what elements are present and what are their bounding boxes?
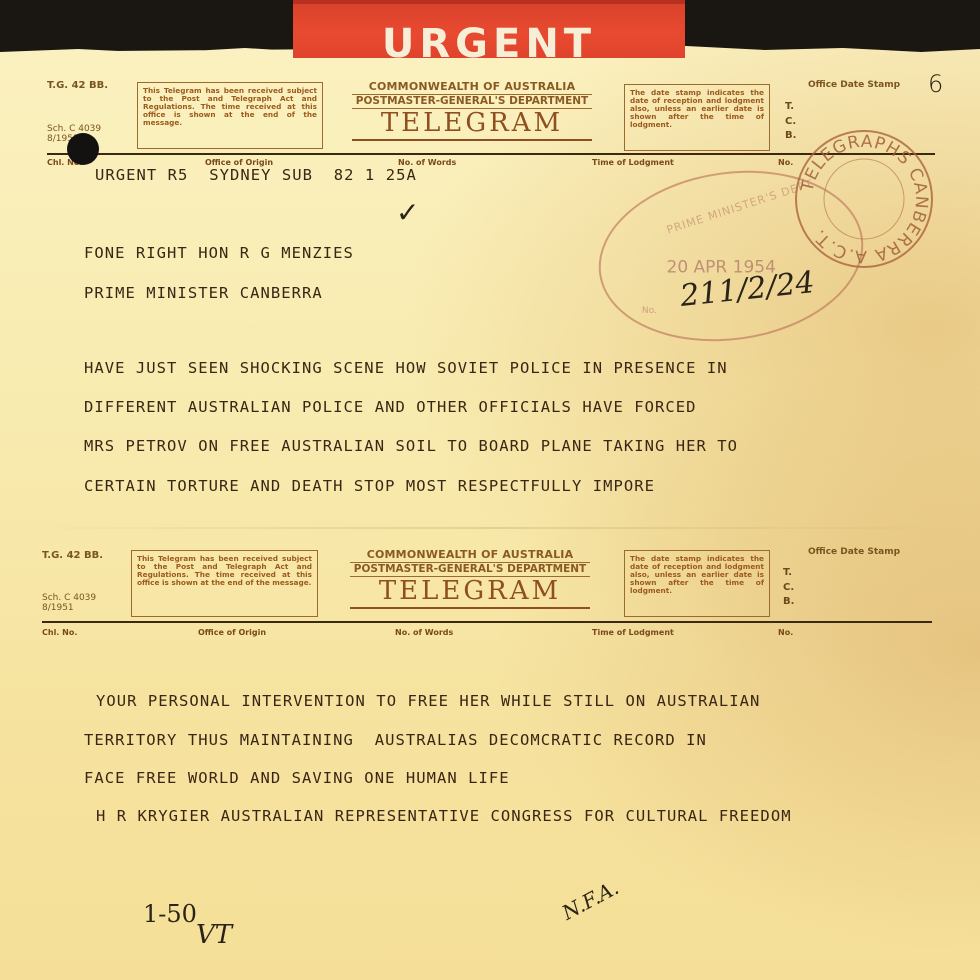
stamp-ring-text: TELEGRAPHS CANBERRA A.C.T.	[797, 132, 931, 266]
date-stamp-note-box: The date stamp indicates the date of rec…	[624, 84, 770, 151]
date-stamp-note-box: The date stamp indicates the date of rec…	[624, 550, 770, 617]
address-line-1: FONE RIGHT HON R G MENZIES	[84, 244, 354, 262]
title-telegram: TELEGRAM	[352, 109, 592, 141]
receipt-note-box: This Telegram has been received subject …	[131, 550, 318, 617]
body2-line-2: TERRITORY THUS MAINTAINING AUSTRALIAS DE…	[84, 731, 707, 749]
time-of-lodgment-label: Time of Lodgment	[592, 628, 674, 637]
chl-no-label: Chl. No.	[42, 628, 77, 637]
office-of-origin-label: Office of Origin	[198, 628, 266, 637]
body2-line-1: YOUR PERSONAL INTERVENTION TO FREE HER W…	[96, 692, 760, 710]
routing-line: URGENT R5 SYDNEY SUB 82 1 25A	[95, 166, 417, 184]
form-code: T.G. 42 BB.	[42, 550, 103, 561]
tcb-labels: T. C. B.	[785, 100, 796, 144]
tcb-t: T.	[785, 100, 796, 115]
tcb-b: B.	[785, 129, 796, 144]
signature-line: H R KRYGIER AUSTRALIAN REPRESENTATIVE CO…	[96, 807, 792, 825]
tcb-labels: T. C. B.	[783, 566, 794, 610]
page-join-line	[0, 527, 980, 529]
address-line-2: PRIME MINISTER CANBERRA	[84, 284, 323, 302]
tcb-c: C.	[783, 581, 794, 596]
body-line-2: DIFFERENT AUSTRALIAN POLICE AND OTHER OF…	[84, 398, 697, 416]
svg-text:TELEGRAPHS CANBERRA A.C.T.: TELEGRAPHS CANBERRA A.C.T.	[797, 132, 931, 266]
body-line-1: HAVE JUST SEEN SHOCKING SCENE HOW SOVIET…	[84, 359, 728, 377]
tcb-t: T.	[783, 566, 794, 581]
header-rule	[42, 621, 932, 623]
body-line-4: CERTAIN TORTURE AND DEATH STOP MOST RESP…	[84, 477, 655, 495]
title-department: POSTMASTER-GENERAL'S DEPARTMENT	[352, 94, 592, 109]
title-telegram: TELEGRAM	[350, 577, 590, 609]
title-block: COMMONWEALTH OF AUSTRALIA POSTMASTER-GEN…	[350, 548, 590, 609]
telegram-header-2: T.G. 42 BB. Sch. C 4039 8/1951 This Tele…	[0, 540, 980, 650]
office-date-stamp-label: Office Date Stamp	[808, 81, 900, 91]
telegraphs-canberra-stamp: TELEGRAPHS CANBERRA A.C.T.	[795, 130, 933, 268]
schedule-date: 8/1951	[42, 604, 74, 614]
oval-stamp-no-label: No.	[642, 306, 657, 316]
no-label: No.	[778, 628, 793, 637]
receipt-note-box: This Telegram has been received subject …	[137, 82, 323, 149]
title-commonwealth: COMMONWEALTH OF AUSTRALIA	[350, 548, 590, 561]
checkmark-handwritten: ✓	[396, 196, 419, 229]
body-line-3: MRS PETROV ON FREE AUSTRALIAN SOIL TO BO…	[84, 437, 738, 455]
tcb-c: C.	[785, 115, 796, 130]
page-number-handwritten: 6	[928, 70, 943, 98]
no-of-words-label: No. of Words	[395, 628, 453, 637]
title-department: POSTMASTER-GENERAL'S DEPARTMENT	[350, 562, 590, 577]
no-label: No.	[778, 158, 793, 167]
ring-text: TELEGRAPHS CANBERRA A.C.T.	[797, 132, 931, 266]
title-block: COMMONWEALTH OF AUSTRALIA POSTMASTER-GEN…	[352, 80, 592, 141]
oval-stamp-top-text: PRIME MINISTER'S DEPT	[665, 177, 815, 237]
urgent-label: URGENT	[382, 24, 596, 58]
title-commonwealth: COMMONWEALTH OF AUSTRALIA	[352, 80, 592, 93]
time-of-lodgment-label: Time of Lodgment	[592, 158, 674, 167]
handwritten-time: 1-50	[143, 900, 197, 928]
office-date-stamp-label: Office Date Stamp	[808, 548, 900, 558]
tag-stripe	[293, 0, 685, 4]
tcb-b: B.	[783, 595, 794, 610]
urgent-tag: URGENT	[293, 0, 685, 58]
punch-hole	[67, 133, 99, 165]
form-code: T.G. 42 BB.	[47, 80, 108, 91]
handwritten-initials: VT	[196, 920, 232, 950]
body2-line-3: FACE FREE WORLD AND SAVING ONE HUMAN LIF…	[84, 769, 510, 787]
